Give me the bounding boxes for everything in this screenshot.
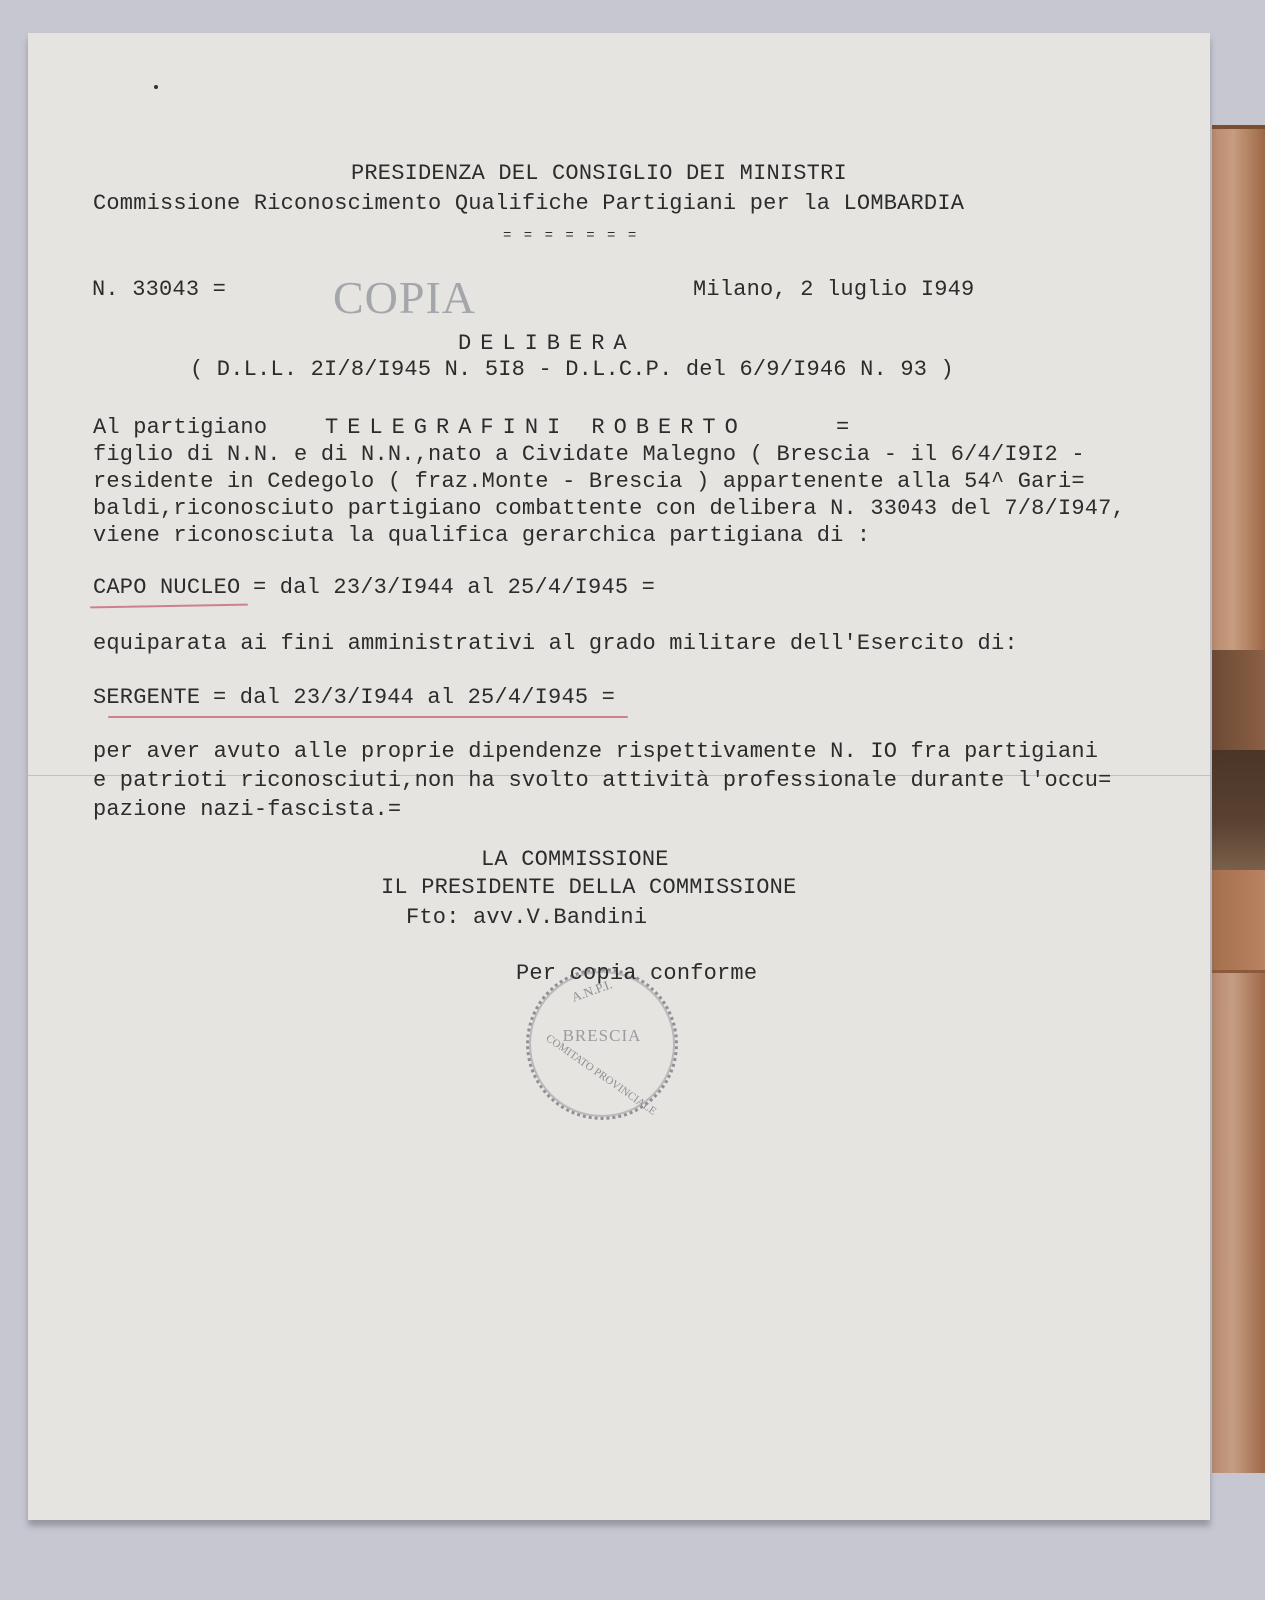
header-presidency: PRESIDENZA DEL CONSIGLIO DEI MINISTRI [351,161,847,187]
reason-line: per aver avuto alle proprie dipendenze r… [93,739,1098,765]
body-line: residente in Cedegolo ( fraz.Monte - Bre… [93,469,1085,495]
binder-edge [1212,125,1265,654]
body-line: figlio di N.N. e di N.N.,nato a Cividate… [93,442,1085,468]
reason-line: e patrioti riconosciuti,non ha svolto at… [93,768,1112,794]
document-title: DELIBERA [458,331,636,357]
body-line: baldi,riconosciuto partigiano combattent… [93,496,1125,522]
military-grade-period: = dal 23/3/I944 al 25/4/I945 = [213,685,615,711]
certification-text: Per copia conforme [516,961,757,987]
signature-commission: LA COMMISSIONE [481,847,669,873]
recipient-prefix: Al partigiano [93,415,267,441]
equivalence-text: equiparata ai fini amministrativi al gra… [93,631,1018,657]
body-line: viene riconosciuta la qualifica gerarchi… [93,523,870,549]
signature-name: Fto: avv.V.Bandini [406,905,647,931]
binder-edge [1212,870,1265,970]
ink-dot [154,85,158,89]
legal-reference: ( D.L.L. 2I/8/I945 N. 5I8 - D.L.C.P. del… [190,357,954,383]
binder-edge [1212,650,1265,750]
red-underline [90,604,248,609]
recipient-suffix: = [836,415,849,441]
document-page: PRESIDENZA DEL CONSIGLIO DEI MINISTRI Co… [28,33,1210,1520]
place-date: Milano, 2 luglio I949 [693,277,974,303]
recipient-name: TELEGRAFINI ROBERTO [325,415,747,441]
qualification-period: = dal 23/3/I944 al 25/4/I945 = [253,575,655,601]
anpi-seal: A.N.P.I. BRESCIA COMITATO PROVINCIALE [526,968,678,1120]
military-grade-rank: SERGENTE [93,685,200,711]
binder-edge [1212,970,1265,1473]
header-separator: = = = = = = = [503,223,638,249]
copia-stamp: COPIA [333,271,476,324]
header-commission: Commissione Riconoscimento Qualifiche Pa… [93,191,964,217]
reference-number: N. 33043 = [92,277,226,303]
reason-line: pazione nazi-fascista.= [93,797,401,823]
binder-edge [1212,750,1265,870]
qualification-rank: CAPO NUCLEO [93,575,240,601]
red-underline [108,716,628,718]
signature-president: IL PRESIDENTE DELLA COMMISSIONE [381,875,796,901]
